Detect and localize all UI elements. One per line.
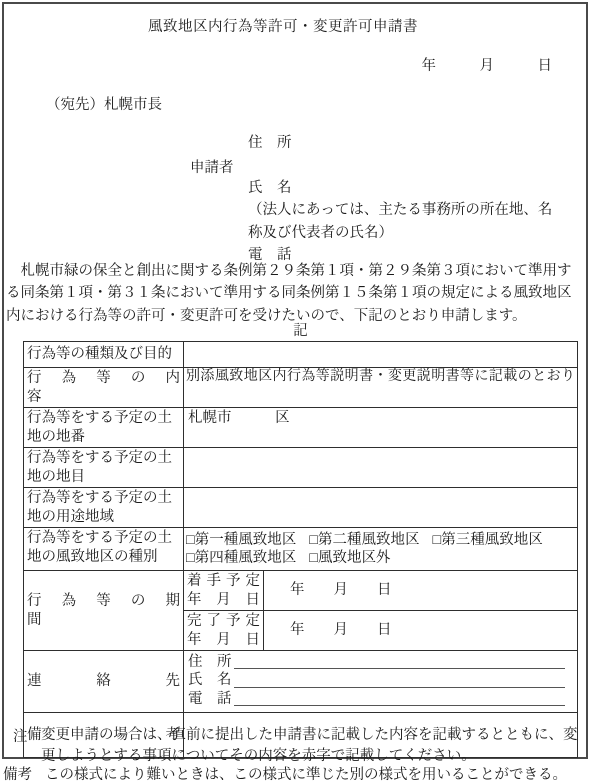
form-page: { "form": { "title": "風致地区内行為等許可・変更許可申請書… bbox=[0, 0, 590, 782]
form-title: 風致地区内行為等許可・変更許可申請書 bbox=[0, 15, 566, 36]
table-row-lot-number: 行為等をする予定の土 地の地番 札幌市 区 bbox=[24, 408, 577, 448]
contact-phone-line: 電 話 bbox=[188, 690, 573, 708]
checkbox-icon[interactable]: □ bbox=[309, 549, 318, 567]
applicant-role-label: 申請者 bbox=[190, 156, 234, 177]
contact-address-fill-line[interactable] bbox=[234, 653, 566, 669]
period-value: 着手予定 年 月 日 年 月 日 完了予定 年 月 日 年 月 日 bbox=[184, 571, 577, 650]
row-label: 行為等をする予定の土 地の地目 bbox=[24, 448, 184, 487]
application-date-line[interactable]: 年 月 日 bbox=[422, 54, 553, 75]
option-label: 第四種風致地区 bbox=[195, 549, 297, 567]
period-start-date-field[interactable]: 年 月 日 bbox=[264, 571, 577, 610]
table-row-content: 行 為 等 の 内 容 別添風致地区内行為等説明書・変更説明書等に記載のとおり bbox=[24, 368, 577, 408]
declaration-paragraph: 札幌市緑の保全と創出に関する条例第２９条第１項・第２９条第３項において準用する同… bbox=[6, 260, 584, 327]
contact-phone-label: 電 話 bbox=[188, 690, 232, 708]
district-option-2[interactable]: □第二種風致地区 bbox=[309, 531, 419, 549]
corporate-note-line1: （法人にあっては、主たる事務所の所在地、名 bbox=[248, 199, 584, 221]
applicant-fields: 住 所 氏 名 （法人にあっては、主たる事務所の所在地、名 称及び代表者の氏名）… bbox=[248, 127, 584, 266]
row-label: 行為等をする予定の土 地の地番 bbox=[24, 408, 184, 447]
district-class-options: □第一種風致地区 □第二種風致地区 □第三種風致地区 □第四種風致地区 □風致地… bbox=[184, 528, 577, 570]
remark-marker: 備考 bbox=[3, 763, 32, 782]
checkbox-icon[interactable]: □ bbox=[433, 531, 442, 549]
period-start-label: 着手予定 年 月 日 bbox=[184, 571, 264, 610]
applicant-block: 申請者 住 所 氏 名 （法人にあっては、主たる事務所の所在地、名 称及び代表者… bbox=[0, 127, 584, 266]
checkbox-icon[interactable]: □ bbox=[186, 531, 195, 549]
corporate-note-line2: 称及び代表者の氏名） bbox=[248, 222, 584, 244]
contact-name-label: 氏 名 bbox=[188, 671, 232, 689]
applicant-address-field[interactable]: 住 所 bbox=[248, 132, 584, 154]
table-row-district-class: 行為等をする予定の土 地の風致地区の種別 □第一種風致地区 □第二種風致地区 □… bbox=[24, 528, 577, 571]
district-option-5[interactable]: □風致地区外 bbox=[309, 549, 390, 567]
period-end-row: 完了予定 年 月 日 年 月 日 bbox=[184, 611, 577, 650]
table-row-contact: 連 絡 先 住 所 氏 名 電 話 bbox=[24, 651, 577, 713]
remark-text: この様式により難いときは、この様式に準じた別の様式を用いることができる。 bbox=[45, 763, 567, 782]
option-label: 第一種風致地区 bbox=[195, 531, 297, 549]
row-label: 連 絡 先 bbox=[24, 651, 184, 712]
row-label: 行為等の種類及び目的 bbox=[24, 342, 184, 367]
bottom-remark: 備考 この様式により難いときは、この様式に準じた別の様式を用いることができる。 bbox=[3, 763, 590, 782]
table-row-period: 行 為 等 の 期 間 着手予定 年 月 日 年 月 日 完了予定 年 月 日 … bbox=[24, 571, 577, 651]
contact-value: 住 所 氏 名 電 話 bbox=[184, 651, 577, 712]
district-options-line1: □第一種風致地区 □第二種風致地区 □第三種風致地区 bbox=[186, 531, 575, 549]
addressee-mayor: （宛先）札幌市長 bbox=[46, 93, 162, 114]
row-label: 行 為 等 の 内 容 bbox=[24, 368, 184, 407]
option-label: 第二種風致地区 bbox=[318, 531, 420, 549]
contact-name-line: 氏 名 bbox=[188, 671, 573, 689]
note-marker: 注 bbox=[13, 725, 41, 767]
type-purpose-value[interactable] bbox=[184, 342, 577, 367]
content-value: 別添風致地区内行為等説明書・変更説明書等に記載のとおり bbox=[184, 368, 577, 407]
option-label: 風致地区外 bbox=[318, 549, 391, 567]
row-label: 行為等をする予定の土 地の用途地域 bbox=[24, 488, 184, 527]
district-option-4[interactable]: □第四種風致地区 bbox=[186, 549, 296, 567]
period-start-row: 着手予定 年 月 日 年 月 日 bbox=[184, 571, 577, 611]
applicant-name-field[interactable]: 氏 名 bbox=[248, 177, 584, 199]
zoning-value[interactable] bbox=[184, 488, 577, 527]
district-option-3[interactable]: □第三種風致地区 bbox=[433, 531, 543, 549]
contact-name-fill-line[interactable] bbox=[234, 671, 566, 687]
contact-address-label: 住 所 bbox=[188, 653, 232, 671]
contact-address-line: 住 所 bbox=[188, 653, 573, 671]
row-label: 行 為 等 の 期 間 bbox=[24, 571, 184, 650]
applicant-blank-line bbox=[248, 154, 584, 176]
table-row-zoning: 行為等をする予定の土 地の用途地域 bbox=[24, 488, 577, 528]
application-table: 行為等の種類及び目的 行 為 等 の 内 容 別添風致地区内行為等説明書・変更説… bbox=[23, 341, 578, 758]
lot-number-value[interactable]: 札幌市 区 bbox=[184, 408, 577, 447]
row-label: 行為等をする予定の土 地の風致地区の種別 bbox=[24, 528, 184, 570]
option-label: 第三種風致地区 bbox=[441, 531, 543, 549]
table-row-land-category: 行為等をする予定の土 地の地目 bbox=[24, 448, 577, 488]
district-options-line2: □第四種風致地区 □風致地区外 bbox=[186, 549, 575, 567]
record-mark: 記 bbox=[23, 319, 578, 340]
checkbox-icon[interactable]: □ bbox=[309, 531, 318, 549]
land-category-value[interactable] bbox=[184, 448, 577, 487]
period-end-label: 完了予定 年 月 日 bbox=[184, 611, 264, 650]
note-text: 変更申請の場合は、直前に提出した申請書に記載した内容を記載するとともに、変更しよ… bbox=[41, 725, 584, 767]
period-end-date-field[interactable]: 年 月 日 bbox=[264, 611, 577, 650]
change-application-note: 注 変更申請の場合は、直前に提出した申請書に記載した内容を記載するとともに、変更… bbox=[13, 725, 584, 767]
table-row-type-purpose: 行為等の種類及び目的 bbox=[24, 342, 577, 368]
contact-phone-fill-line[interactable] bbox=[234, 690, 566, 706]
checkbox-icon[interactable]: □ bbox=[186, 549, 195, 567]
district-option-1[interactable]: □第一種風致地区 bbox=[186, 531, 296, 549]
